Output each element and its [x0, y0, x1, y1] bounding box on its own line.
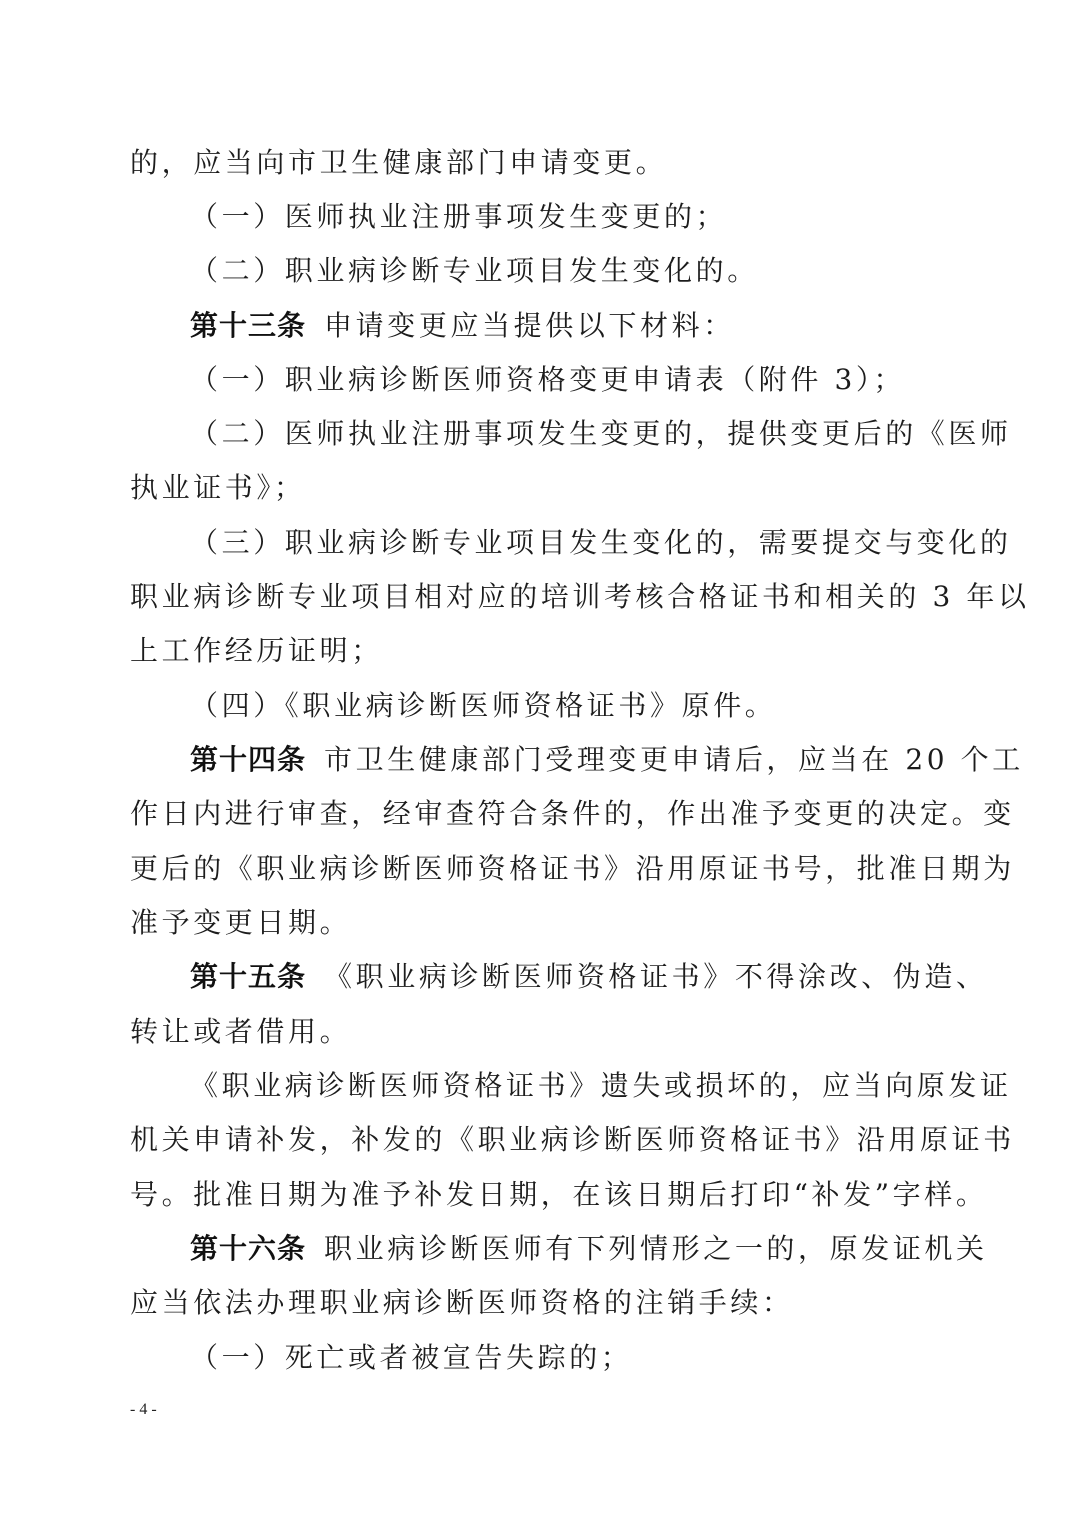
line-text: 应当依法办理职业病诊断医师资格的注销手续：	[130, 1286, 794, 1319]
list-item: （一）死亡或者被宣告失踪的；	[190, 1338, 960, 1378]
document-page: 的，应当向市卫生健康部门申请变更。 （一）医师执业注册事项发生变更的； （二）职…	[0, 0, 1080, 1528]
list-item: （四）《职业病诊断医师资格证书》原件。	[190, 686, 960, 726]
article-heading: 第十三条	[190, 309, 306, 342]
line-text: （一）死亡或者被宣告失踪的；	[190, 1341, 632, 1374]
line-text: （一）医师执业注册事项发生变更的；	[190, 200, 727, 233]
text-line: 应当依法办理职业病诊断医师资格的注销手续：	[130, 1283, 960, 1323]
text-line: 号。批准日期为准予补发日期，在该日期后打印“补发”字样。	[130, 1175, 960, 1215]
list-item: （一）医师执业注册事项发生变更的；	[190, 197, 960, 237]
line-text: 号。批准日期为准予补发日期，在该日期后打印“补发”字样。	[130, 1178, 987, 1211]
text-line: 更后的《职业病诊断医师资格证书》沿用原证书号，批准日期为	[130, 849, 960, 889]
line-text: 执业证书》；	[130, 471, 306, 504]
line-text: 的，应当向市卫生健康部门申请变更。	[130, 146, 667, 179]
list-item: （二）职业病诊断专业项目发生变化的。	[190, 251, 960, 291]
line-text: 职业病诊断医师有下列情形之一的，原发证机关	[324, 1232, 988, 1265]
text-line: 执业证书》；	[130, 468, 960, 508]
line-text: 准予变更日期。	[130, 906, 351, 939]
list-item: （二）医师执业注册事项发生变更的，提供变更后的《医师	[190, 414, 960, 454]
article-heading: 第十四条	[190, 743, 306, 776]
text-line: 转让或者借用。	[130, 1012, 960, 1052]
list-item: （一）职业病诊断医师资格变更申请表（附件 3）；	[190, 360, 960, 400]
list-item: （三）职业病诊断专业项目发生变化的，需要提交与变化的	[190, 523, 960, 563]
text-line: 作日内进行审查，经审查符合条件的，作出准予变更的决定。变	[130, 794, 960, 834]
line-text: 上工作经历证明；	[130, 634, 383, 667]
text-line: 的，应当向市卫生健康部门申请变更。	[130, 143, 960, 183]
article-16: 第十六条职业病诊断医师有下列情形之一的，原发证机关	[190, 1229, 960, 1269]
line-text: （一）职业病诊断医师资格变更申请表（附件 3）；	[190, 363, 905, 396]
article-heading: 第十五条	[190, 960, 306, 993]
line-text: 申请变更应当提供以下材料：	[324, 309, 735, 342]
text-line: 上工作经历证明；	[130, 631, 960, 671]
line-text: 《职业病诊断医师资格证书》遗失或损坏的，应当向原发证	[190, 1069, 1012, 1102]
article-13: 第十三条申请变更应当提供以下材料：	[190, 306, 960, 346]
line-text: 市卫生健康部门受理变更申请后，应当在 20 个工	[324, 743, 1024, 776]
article-15: 第十五条《职业病诊断医师资格证书》不得涂改、伪造、	[190, 957, 960, 997]
article-14: 第十四条市卫生健康部门受理变更申请后，应当在 20 个工	[190, 740, 960, 780]
line-text: 作日内进行审查，经审查符合条件的，作出准予变更的决定。变	[130, 797, 1015, 830]
line-text: 更后的《职业病诊断医师资格证书》沿用原证书号，批准日期为	[130, 852, 1015, 885]
line-text: 转让或者借用。	[130, 1015, 351, 1048]
line-text: （四）《职业病诊断医师资格证书》原件。	[190, 689, 776, 722]
article-heading: 第十六条	[190, 1232, 306, 1265]
line-text: （二）医师执业注册事项发生变更的，提供变更后的《医师	[190, 417, 1012, 450]
line-text: 《职业病诊断医师资格证书》不得涂改、伪造、	[324, 960, 988, 993]
text-line: 准予变更日期。	[130, 903, 960, 943]
page-number: - 4 -	[130, 1400, 157, 1420]
line-text: （二）职业病诊断专业项目发生变化的。	[190, 254, 759, 287]
text-line: 《职业病诊断医师资格证书》遗失或损坏的，应当向原发证	[190, 1066, 960, 1106]
line-text: 机关申请补发，补发的《职业病诊断医师资格证书》沿用原证书	[130, 1123, 1015, 1156]
text-line: 职业病诊断专业项目相对应的培训考核合格证书和相关的 3 年以	[130, 577, 960, 617]
line-text: 职业病诊断专业项目相对应的培训考核合格证书和相关的 3 年以	[130, 580, 1030, 613]
text-line: 机关申请补发，补发的《职业病诊断医师资格证书》沿用原证书	[130, 1120, 960, 1160]
line-text: （三）职业病诊断专业项目发生变化的，需要提交与变化的	[190, 526, 1012, 559]
